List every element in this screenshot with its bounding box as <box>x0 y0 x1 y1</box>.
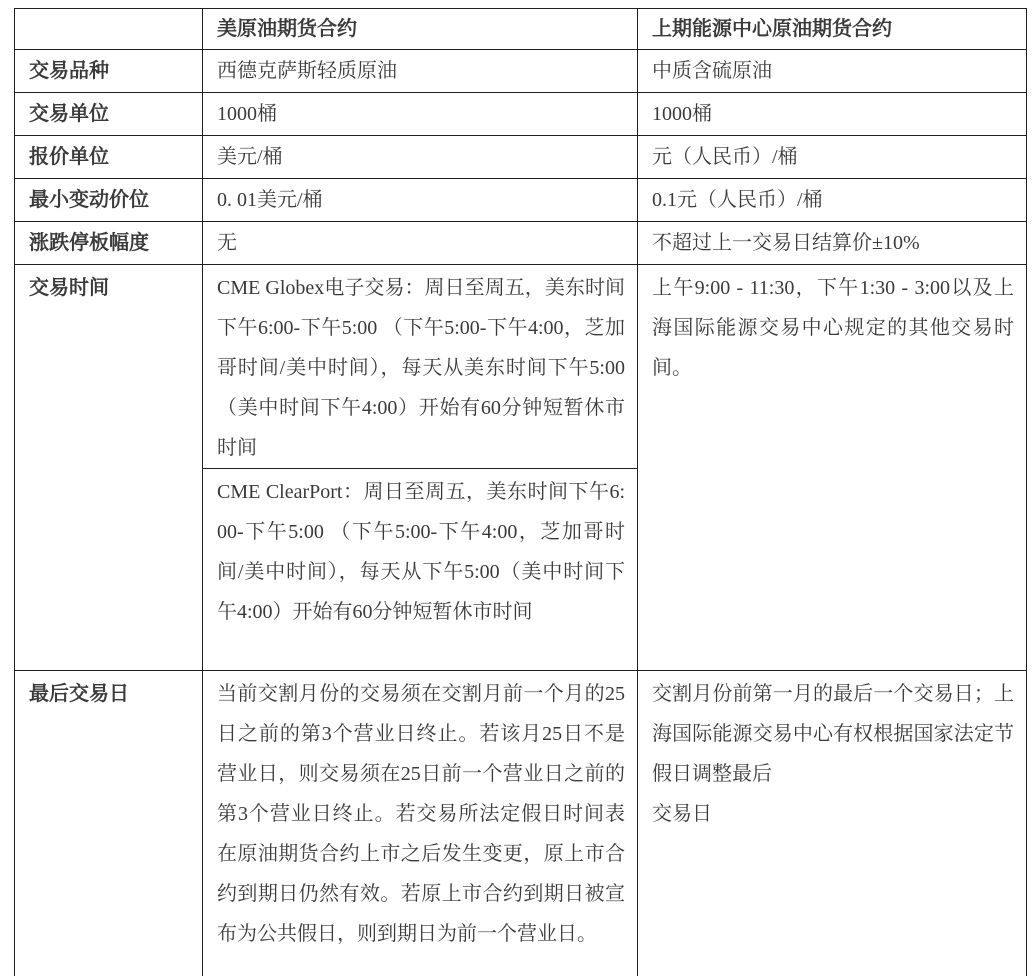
table-row-trading-variety: 交易品种 西德克萨斯轻质原油 中质含硫原油 <box>15 50 1027 93</box>
header-empty-cell <box>15 9 203 50</box>
sh-price-limit: 不超过上一交易日结算价±10% <box>638 222 1027 265</box>
futures-comparison-table: 美原油期货合约 上期能源中心原油期货合约 交易品种 西德克萨斯轻质原油 中质含硫… <box>14 8 1027 976</box>
row-label-trading-hours: 交易时间 <box>15 265 203 671</box>
us-trading-hours-globex: CME Globex电子交易：周日至周五，美东时间下午6:00-下午5:00 （… <box>203 265 638 469</box>
row-label-trading-unit: 交易单位 <box>15 93 203 136</box>
sh-quote-unit: 元（人民币）/桶 <box>638 136 1027 179</box>
row-label-quote-unit: 报价单位 <box>15 136 203 179</box>
us-trading-variety: 西德克萨斯轻质原油 <box>203 50 638 93</box>
sh-trading-unit: 1000桶 <box>638 93 1027 136</box>
document-page: 美原油期货合约 上期能源中心原油期货合约 交易品种 西德克萨斯轻质原油 中质含硫… <box>0 0 1034 976</box>
table-row-quote-unit: 报价单位 美元/桶 元（人民币）/桶 <box>15 136 1027 179</box>
header-us-contract: 美原油期货合约 <box>203 9 638 50</box>
sh-last-trading-day-line1: 交割月份前第一月的最后一个交易日；上海国际能源交易中心有权根据国家法定节假日调整… <box>652 674 1014 794</box>
sh-last-trading-day-line2: 交易日 <box>652 794 1014 834</box>
row-label-trading-variety: 交易品种 <box>15 50 203 93</box>
sh-trading-hours: 上午9:00 - 11:30，下午1:30 - 3:00以及上海国际能源交易中心… <box>638 265 1027 671</box>
table-row-price-limit: 涨跌停板幅度 无 不超过上一交易日结算价±10% <box>15 222 1027 265</box>
table-row-trading-hours: 交易时间 CME Globex电子交易：周日至周五，美东时间下午6:00-下午5… <box>15 265 1027 469</box>
us-trading-unit: 1000桶 <box>203 93 638 136</box>
us-trading-hours-clearport: CME ClearPort：周日至周五，美东时间下午6:00-下午5:00 （下… <box>203 469 638 671</box>
row-label-price-limit: 涨跌停板幅度 <box>15 222 203 265</box>
sh-trading-variety: 中质含硫原油 <box>638 50 1027 93</box>
us-price-limit: 无 <box>203 222 638 265</box>
row-label-last-trading-day: 最后交易日 <box>15 671 203 976</box>
table-header-row: 美原油期货合约 上期能源中心原油期货合约 <box>15 9 1027 50</box>
sh-min-tick: 0.1元（人民币）/桶 <box>638 179 1027 222</box>
us-quote-unit: 美元/桶 <box>203 136 638 179</box>
us-last-trading-day: 当前交割月份的交易须在交割月前一个月的25日之前的第3个营业日终止。若该月25日… <box>203 671 638 976</box>
table-row-min-tick: 最小变动价位 0. 01美元/桶 0.1元（人民币）/桶 <box>15 179 1027 222</box>
table-row-trading-unit: 交易单位 1000桶 1000桶 <box>15 93 1027 136</box>
table-row-last-trading-day: 最后交易日 当前交割月份的交易须在交割月前一个月的25日之前的第3个营业日终止。… <box>15 671 1027 976</box>
us-min-tick: 0. 01美元/桶 <box>203 179 638 222</box>
header-sh-contract: 上期能源中心原油期货合约 <box>638 9 1027 50</box>
row-label-min-tick: 最小变动价位 <box>15 179 203 222</box>
sh-last-trading-day: 交割月份前第一月的最后一个交易日；上海国际能源交易中心有权根据国家法定节假日调整… <box>638 671 1027 976</box>
